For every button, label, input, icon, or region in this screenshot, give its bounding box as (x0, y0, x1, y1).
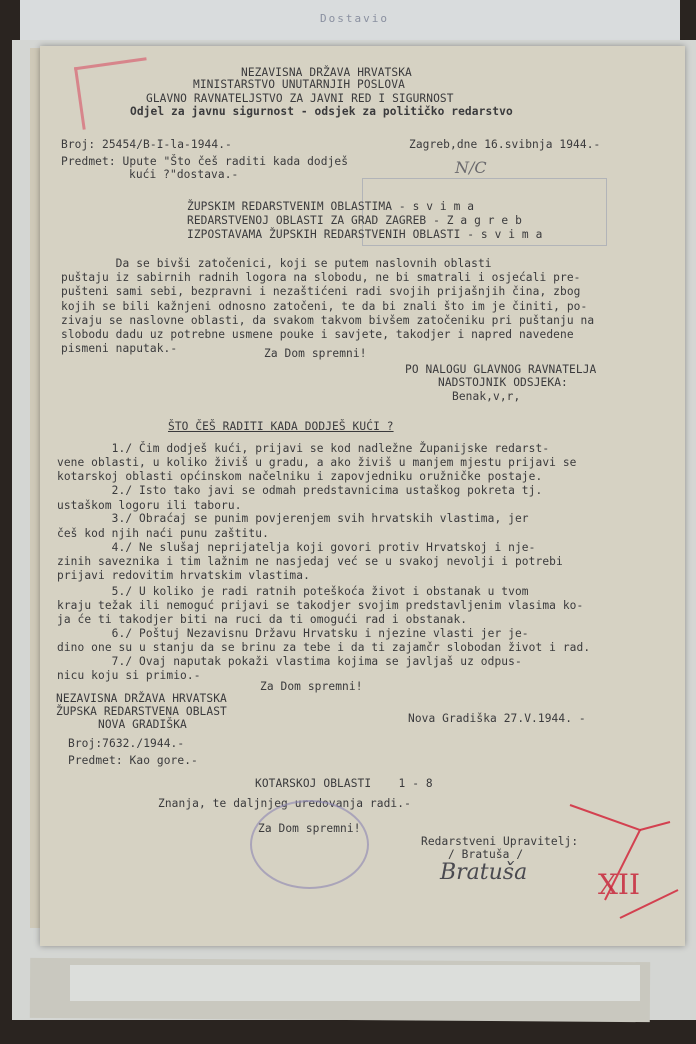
instruction-line: kotarskoj oblasti općinskom načelniku i … (57, 470, 542, 483)
instruction-line: prijavi redovitim hrvatskim vlastima. (57, 569, 310, 582)
instruction-line: 6./ Poštuj Nezavisnu Državu Hrvatsku i n… (57, 627, 529, 640)
recipient-3: IZPOSTAVAMA ŽUPSKIH REDARSTVENIH OBLASTI… (187, 228, 542, 241)
signature-line-2: NADSTOJNIK ODSJEKA: (438, 376, 568, 389)
org-line-1: NEZAVISNA DRŽAVA HRVATSKA (56, 692, 227, 705)
intro-line: pušteni sami sebi, bezpravni i nezaštiće… (61, 285, 581, 298)
signer-title: Redarstveni Upravitelj: (421, 835, 578, 848)
instruction-line: 7./ Ovaj naputak pokaži vlastima kojima … (57, 655, 522, 668)
instruction-line: vene oblasti, u koliko živiš u gradu, a … (57, 456, 577, 469)
red-pencil-x-mark (560, 800, 680, 920)
signature-line-3: Benak,v,r, (452, 390, 520, 403)
header-line-3: GLAVNO RAVNATELJSTVO ZA JAVNI RED I SIGU… (146, 92, 454, 105)
intro-line: zivaju se naslovne oblasti, da svakom ta… (61, 314, 594, 327)
org-line-2: ŽUPSKA REDARSTVENA OBLAST (56, 705, 227, 718)
red-pencil-mark (74, 57, 155, 130)
instruction-line: češ kod njih naći punu zaštitu. (57, 527, 269, 540)
second-recipient: KOTARSKOJ OBLASTI 1 - 8 (255, 777, 433, 790)
header-line-4: Odjel za javnu sigurnost - odsjek za pol… (130, 105, 513, 118)
salute-3: Za Dom spremni! (258, 822, 361, 835)
subject-line-1: Predmet: Upute "Što češ raditi kada dodj… (61, 155, 348, 168)
handwritten-signature: Bratuša (440, 860, 527, 885)
instruction-line: dino one su u stanju da se brinu za tebe… (57, 641, 590, 654)
subject-line-2: kući ?"dostava.- (129, 168, 238, 181)
instruction-line: 1./ Čim dodješ kući, prijavi se kod nadl… (57, 442, 549, 455)
salute-1: Za Dom spremni! (264, 347, 367, 360)
background-stamp: Dostavio (320, 12, 389, 25)
salute-2: Za Dom spremni! (260, 680, 363, 693)
second-ref-number: Broj:7632./1944.- (68, 737, 184, 750)
intro-line: pismeni naputak.- (61, 342, 177, 355)
instruction-line: 4./ Ne slušaj neprijatelja koji govori p… (57, 541, 535, 554)
header-line-2: MINISTARSTVO UNUTARNJIH POSLOVA (193, 78, 405, 91)
org-line-3: NOVA GRADIŠKA (98, 718, 187, 731)
instruction-line: zinih saveznika i tim lažnim ne nasjedaj… (57, 555, 563, 568)
red-roman-numeral: XII (598, 868, 640, 901)
instruction-line: 2./ Isto tako javi se odmah predstavnici… (57, 484, 542, 497)
intro-line: puštaju iz sabirnih radnih logora na slo… (61, 271, 581, 284)
intro-line: Da se bivši zatočenici, koji se putem na… (61, 257, 492, 270)
signature-line-1: PO NALOGU GLAVNOG RAVNATELJA (405, 363, 596, 376)
ref-number: Broj: 25454/B-I-la-1944.- (61, 138, 232, 151)
round-official-stamp (250, 800, 369, 889)
intro-line: slobodu dadu uz potrebne usmene pouke i … (61, 328, 574, 341)
instructions-title: ŠTO ČEŠ RADITI KADA DODJEŠ KUĆI ? (168, 420, 394, 433)
instruction-line: 3./ Obraćaj se punim povjerenjem svih hr… (57, 512, 529, 525)
instruction-line: 5./ U koliko je radi ratnih poteškoća ži… (57, 585, 529, 598)
instruction-line: kraju težak ili nemoguć prijavi se takod… (57, 599, 583, 612)
intro-line: kojih se bili kažnjeni odnosno zatočeni,… (61, 300, 587, 313)
instruction-line: ja će ti takodjer biti na ruci da ti omo… (57, 613, 467, 626)
instruction-line: ustaškom logoru ili taboru. (57, 499, 242, 512)
second-place-date: Nova Gradiška 27.V.1944. - (408, 712, 586, 725)
instruction-line: nicu koju si primio.- (57, 669, 201, 682)
place-date: Zagreb,dne 16.svibnja 1944.- (409, 138, 600, 151)
background-sheet-bottom-2 (70, 965, 640, 1001)
recipient-1: ŽUPSKIM REDARSTVENIM OBLASTIMA - s v i m… (187, 200, 474, 213)
handwritten-annotation: N/C (455, 158, 487, 177)
second-subject: Predmet: Kao gore.- (68, 754, 198, 767)
recipient-2: REDARSTVENOJ OBLASTI ZA GRAD ZAGREB - Z … (187, 214, 522, 227)
